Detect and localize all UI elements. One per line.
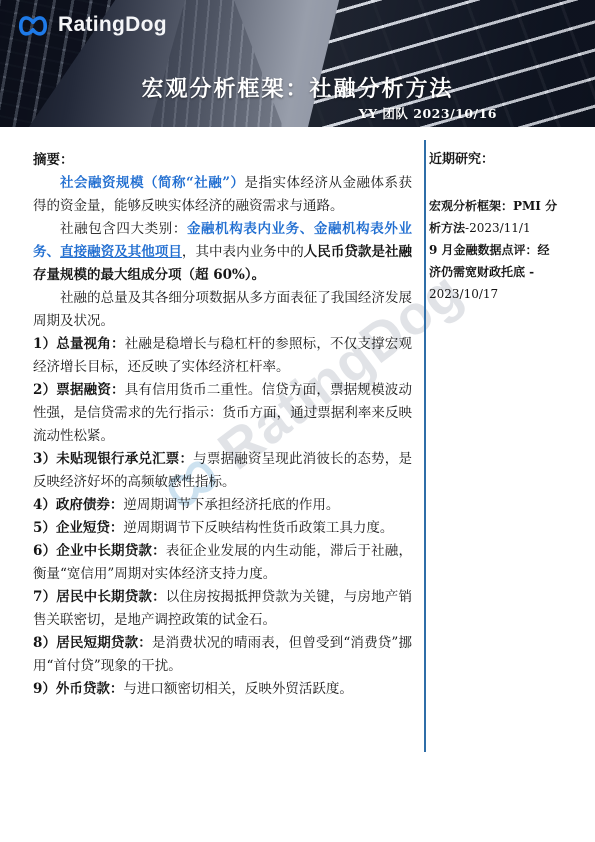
paragraph-2: 社融包含四大类别：金融机构表内业务、金融机构表外业务、直接融资及其他项目，其中表… [33,218,412,287]
item-5-text: 逆周期调节下反映结构性货币政策工具力度。 [123,520,393,536]
list-item-8: 8）居民短期贷款：是消费状况的晴雨表，但曾受到“消费贷”挪用“首付贷”现象的干扰… [33,632,412,678]
abstract-heading: 摘要： [33,149,412,172]
abstract-body: 摘要： 社会融资规模（简称“社融”）是指实体经济从金融体系获得的资金量，能够反映… [33,149,412,701]
item-4-text: 逆周期调节下承担经济托底的作用。 [123,497,339,513]
recent-research-sidebar: 近期研究： 宏观分析框架：PMI 分析方法-2023/11/1 9 月金融数据点… [429,149,560,305]
paragraph-2-lead: 社融包含四大类别： [60,221,187,237]
item-4-label: 4）政府债券： [33,497,123,513]
item-3-label: 3）未贴现银行承兑汇票： [33,451,193,467]
paragraph-2-mid: ，其中表内业务中的 [182,244,304,260]
ratingdog-icon [16,10,50,40]
list-item-7: 7）居民中长期贷款：以住房按揭抵押贷款为关键，与房地产销售关联密切，是地产调控政… [33,586,412,632]
item-2-label: 2）票据融资： [33,382,125,398]
brand-logo-text: RatingDog [58,13,167,37]
research-link-sep-finance-date: 2023/10/17 [429,287,498,301]
sidebar-heading: 近期研究： [429,149,560,171]
header-banner: RatingDog 宏观分析框架：社融分析方法 YY 团队 2023/10/16 [0,0,595,127]
item-9-label: 9）外币贷款： [33,681,123,697]
list-item-4: 4）政府债券：逆周期调节下承担经济托底的作用。 [33,494,412,517]
sidebar-divider [424,140,426,752]
list-item-3: 3）未贴现银行承兑汇票：与票据融资呈现此消彼长的态势，是反映经济好坏的高频敏感性… [33,448,412,494]
byline-date: YY 团队 2023/10/16 [0,104,497,122]
item-9-text: 与进口额密切相关，反映外贸活跃度。 [123,681,353,697]
research-link-pmi[interactable]: 宏观分析框架：PMI 分析方法-2023/11/1 [429,195,560,239]
term-shehui-rongzi: 社会融资规模（简称“社融”） [60,175,245,191]
item-8-label: 8）居民短期贷款： [33,635,152,651]
item-6-label: 6）企业中长期贷款： [33,543,166,559]
paragraph-1: 社会融资规模（简称“社融”）是指实体经济从金融体系获得的资金量，能够反映实体经济… [33,172,412,218]
list-item-5: 5）企业短贷：逆周期调节下反映结构性货币政策工具力度。 [33,517,412,540]
item-7-label: 7）居民中长期贷款： [33,589,166,605]
item-1-label: 1）总量视角： [33,336,125,352]
report-page: RatingDog 宏观分析框架：社融分析方法 YY 团队 2023/10/16… [0,0,595,842]
list-item-2: 2）票据融资：具有信用货币二重性。信贷方面，票据规模波动性强，是信贷需求的先行指… [33,379,412,448]
page-title: 宏观分析框架：社融分析方法 [0,72,595,103]
item-5-label: 5）企业短贷： [33,520,123,536]
research-link-sep-finance-title: 9 月金融数据点评：经济仍需宽财政托底 - [429,243,550,279]
list-item-1: 1）总量视角：社融是稳增长与稳杠杆的参照标，不仅支撑宏观经济增长目标，还反映了实… [33,333,412,379]
list-item-9: 9）外币贷款：与进口额密切相关，反映外贸活跃度。 [33,678,412,701]
brand-logo: RatingDog [16,10,167,40]
research-link-sep-finance[interactable]: 9 月金融数据点评：经济仍需宽财政托底 - 2023/10/17 [429,239,560,305]
list-item-6: 6）企业中长期贷款：表征企业发展的内生动能，滞后于社融，衡量“宽信用”周期对实体… [33,540,412,586]
paragraph-3: 社融的总量及其各细分项数据从多方面表征了我国经济发展周期及状况。 [33,287,412,333]
link-direct-financing[interactable]: 直接融资及其他项目 [60,244,182,260]
research-link-pmi-date: -2023/11/1 [465,221,531,235]
